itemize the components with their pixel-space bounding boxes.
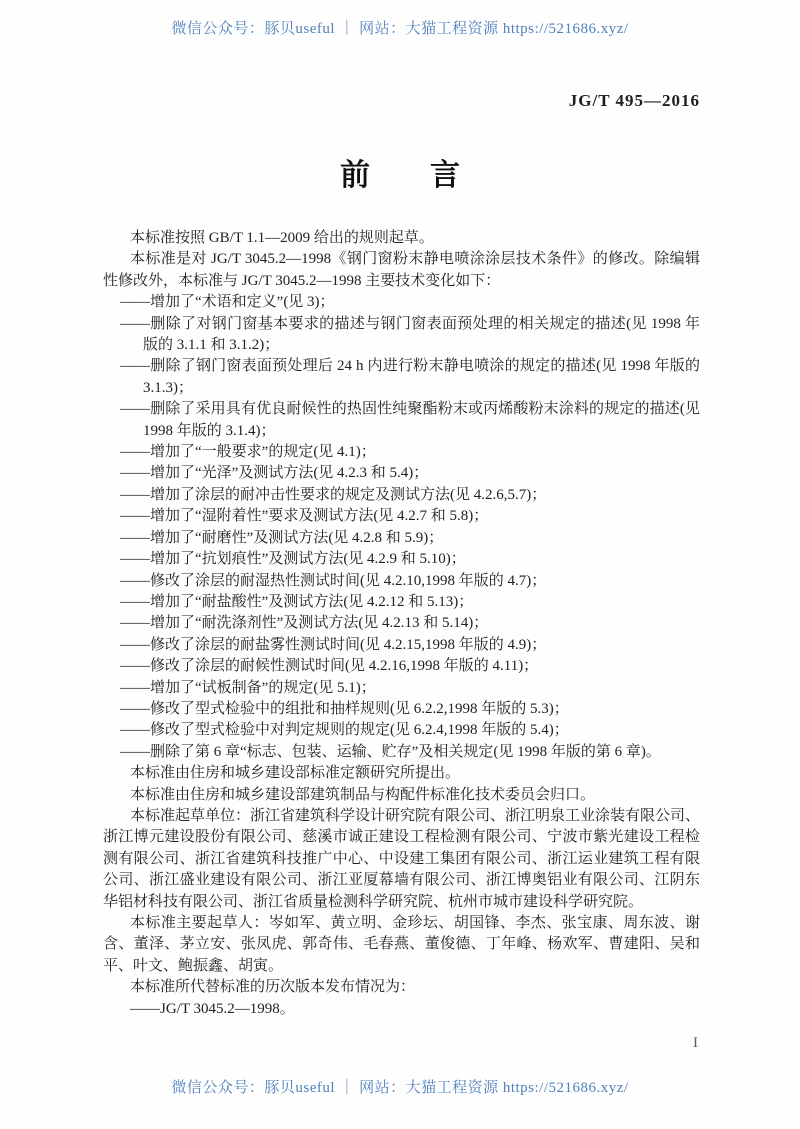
change-item: ——删除了采用具有优良耐候性的热固性纯聚酯粉末或丙烯酸粉末涂料的规定的描述(见 … bbox=[103, 399, 700, 442]
intro-paragraph: 本标准按照 GB/T 1.1—2009 给出的规则起草。 bbox=[103, 228, 700, 249]
change-item: ——增加了“耐洗涤剂性”及测试方法(见 4.2.13 和 5.14)； bbox=[103, 613, 700, 634]
issuer-paragraph: 本标准由住房和城乡建设部标准定额研究所提出。 bbox=[103, 763, 700, 784]
change-item: ——修改了型式检验中对判定规则的规定(见 6.2.4,1998 年版的 5.4)… bbox=[103, 720, 700, 741]
foreword-body: 本标准按照 GB/T 1.1—2009 给出的规则起草。 本标准是对 JG/T … bbox=[103, 228, 700, 1020]
change-item: ——增加了“抗划痕性”及测试方法(见 4.2.9 和 5.10)； bbox=[103, 549, 700, 570]
history-intro-paragraph: 本标准所代替标准的历次版本发布情况为： bbox=[103, 977, 700, 998]
change-item: ——增加了“耐盐酸性”及测试方法(见 4.2.12 和 5.13)； bbox=[103, 592, 700, 613]
standard-number: JG/T 495—2016 bbox=[569, 91, 700, 111]
history-version-item: ——JG/T 3045.2—1998。 bbox=[103, 999, 700, 1020]
change-item: ——增加了“试板制备”的规定(见 5.1)； bbox=[103, 678, 700, 699]
change-item: ——修改了涂层的耐候性测试时间(见 4.2.16,1998 年版的 4.11)； bbox=[103, 656, 700, 677]
change-item: ——增加了“一般要求”的规定(见 4.1)； bbox=[103, 442, 700, 463]
change-item: ——修改了涂层的耐盐雾性测试时间(见 4.2.15,1998 年版的 4.9)； bbox=[103, 635, 700, 656]
change-item: ——增加了涂层的耐冲击性要求的规定及测试方法(见 4.2.6,5.7)； bbox=[103, 485, 700, 506]
change-item: ——增加了“术语和定义”(见 3)； bbox=[103, 292, 700, 313]
change-item: ——增加了“耐磨性”及测试方法(见 4.2.8 和 5.9)； bbox=[103, 528, 700, 549]
page-number: I bbox=[693, 1035, 698, 1052]
document-page: 微信公众号：豚贝useful ｜ 网站：大猫工程资源 https://52168… bbox=[0, 0, 800, 1129]
change-item: ——修改了型式检验中的组批和抽样规则(见 6.2.2,1998 年版的 5.3)… bbox=[103, 699, 700, 720]
change-item: ——删除了第 6 章“标志、包装、运输、贮存”及相关规定(见 1998 年版的第… bbox=[103, 742, 700, 763]
header-watermark-note: 微信公众号：豚贝useful ｜ 网站：大猫工程资源 https://52168… bbox=[0, 17, 800, 38]
footer-watermark-note: 微信公众号：豚贝useful ｜ 网站：大猫工程资源 https://52168… bbox=[0, 1076, 800, 1097]
change-item: ——修改了涂层的耐湿热性测试时间(见 4.2.10,1998 年版的 4.7)； bbox=[103, 571, 700, 592]
intro-paragraph: 本标准是对 JG/T 3045.2—1998《钢门窗粉末静电喷涂涂层技术条件》的… bbox=[103, 249, 700, 292]
foreword-title: 前 言 bbox=[0, 150, 800, 194]
drafting-units-paragraph: 本标准起草单位：浙江省建筑科学设计研究院有限公司、浙江明泉工业涂装有限公司、浙江… bbox=[103, 806, 700, 913]
change-item: ——增加了“光泽”及测试方法(见 4.2.3 和 5.4)； bbox=[103, 463, 700, 484]
change-item: ——删除了对钢门窗基本要求的描述与钢门窗表面预处理的相关规定的描述(见 1998… bbox=[103, 314, 700, 357]
change-item: ——增加了“湿附着性”要求及测试方法(见 4.2.7 和 5.8)； bbox=[103, 506, 700, 527]
drafters-paragraph: 本标准主要起草人：岑如军、黄立明、金珍坛、胡国锋、李杰、张宝康、周东波、谢含、董… bbox=[103, 913, 700, 977]
change-item: ——删除了钢门窗表面预处理后 24 h 内进行粉末静电喷涂的规定的描述(见 19… bbox=[103, 356, 700, 399]
centralized-paragraph: 本标准由住房和城乡建设部建筑制品与构配件标准化技术委员会归口。 bbox=[103, 785, 700, 806]
